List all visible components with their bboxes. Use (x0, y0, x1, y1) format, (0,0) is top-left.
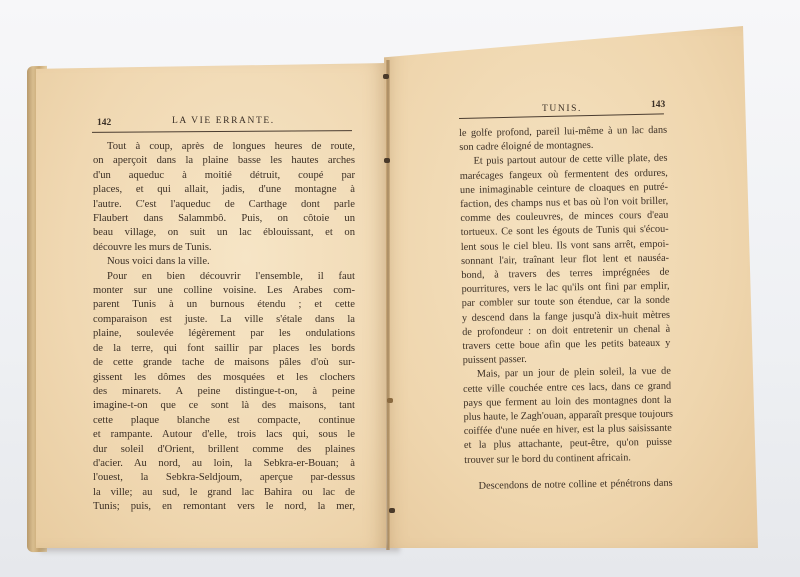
binding-stitch (387, 398, 393, 403)
text-line: Tout à coup, après de longues heures de … (93, 140, 355, 154)
text-line: l'autre. C'est l'aqueduc de Carthage don… (93, 198, 355, 212)
text-line: d'un aqueduc à moitié détruit, coupé par (93, 169, 355, 183)
text-line: imagine-t-on que ce sont là des maisons,… (93, 399, 355, 413)
text-line: Nous voici dans la ville. (93, 255, 355, 269)
left-running-head: LA VIE ERRANTE. (172, 116, 275, 126)
text-line: gissent les dômes des mosquées et les cl… (93, 371, 355, 385)
text-line: dur soleil d'Orient, brillent comme des … (93, 443, 355, 457)
text-line: la ville; au sud, le grand lac Bahira ou… (93, 486, 355, 500)
text-line: Flaubert dans Salammbô. Puis, on côtoie … (93, 212, 355, 226)
text-line: plaine, soulevée légèrement par les ondu… (93, 327, 355, 341)
text-line: monter sur une colline voisine. Les Arab… (93, 284, 355, 298)
binding-stitch (389, 508, 395, 513)
text-line: on aperçoit dans la plaine basse les hau… (93, 154, 355, 168)
open-book-photo: 142 LA VIE ERRANTE. Tout à coup, après d… (0, 0, 800, 577)
text-line: d'acier. Au nord, au loin, la Sebkra-er-… (93, 457, 355, 471)
right-running-head: TUNIS. (542, 104, 582, 114)
text-line: des minarets. A peine distingue-t-on, à … (93, 385, 355, 399)
text-line: cette plaque blanche est compacte, conti… (93, 414, 355, 428)
right-body-text: le golfe profond, pareil lui-même à un l… (459, 124, 673, 494)
left-page-number: 142 (97, 118, 111, 128)
text-line: places, et qui allait, jadis, d'une mont… (93, 183, 355, 197)
text-line: découvre les murs de Tunis. (93, 241, 355, 255)
text-line: de cette grande tache de maisons pâles d… (93, 356, 355, 370)
left-body-text: Tout à coup, après de longues heures de … (93, 140, 355, 515)
text-line: et rampante. Autour d'elle, trois lacs q… (93, 428, 355, 442)
book-gutter (386, 60, 390, 550)
text-line: de la terre, qui font saillir par places… (93, 342, 355, 356)
text-line: Tunis; puis, en remontant vers le nord, … (93, 500, 355, 514)
text-line: trouver sur le bord du continent africai… (464, 450, 672, 467)
binding-stitch (384, 158, 390, 163)
text-line: Pour en bien découvrir l'ensemble, il fa… (93, 270, 355, 284)
text-line: beau village, on suit un lac éblouissant… (93, 226, 355, 240)
text-line: parent Tunis à un burnous étendu ; et ce… (93, 298, 355, 312)
right-page-number: 143 (651, 100, 665, 110)
text-line: l'ouest, la Sebkra-Seldjoum, aperçue par… (93, 471, 355, 485)
binding-stitch (383, 74, 389, 79)
text-line: comparaison est juste. La ville s'étale … (93, 313, 355, 327)
